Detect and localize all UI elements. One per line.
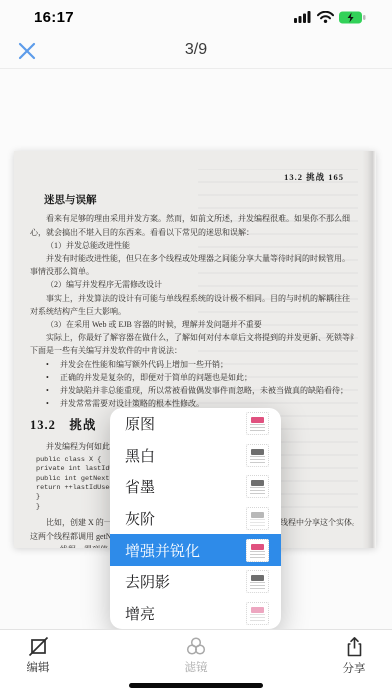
page-edge-shadow (362, 151, 376, 548)
filter-option-label: 原图 (125, 413, 155, 434)
header-bar: 3/9 (0, 32, 392, 69)
edit-label: 编辑 (27, 659, 50, 675)
home-indicator[interactable] (129, 683, 263, 688)
filter-option-black-white[interactable]: 黑白 (110, 440, 281, 472)
wifi-icon (317, 11, 334, 23)
filter-option-ink-saving[interactable]: 省墨 (110, 471, 281, 503)
edit-button[interactable]: 编辑 (10, 636, 66, 675)
doc-line: （1）并发总能改进性能 (30, 239, 354, 252)
filter-option-label: 增强并锐化 (125, 540, 200, 561)
filter-label: 滤镜 (185, 659, 208, 675)
doc-line: （3）在采用 Web 或 EJB 容器的时候，理解并发问题并不重要 (30, 318, 354, 331)
filter-menu: 原图 黑白 省墨 灰阶 增强并锐化 去阴影 增亮 (110, 408, 281, 629)
filter-option-label: 省墨 (125, 476, 155, 497)
doc-line: （2）编写并发程序无需修改设计 (30, 278, 354, 291)
doc-line: 实际上，你最好了解容器在做什么，了解如何对付本章后文将提到的并发更新、死锁等问题… (30, 331, 354, 344)
status-icons (294, 11, 366, 24)
filter-option-label: 增亮 (125, 603, 155, 624)
share-label: 分享 (343, 660, 366, 676)
doc-line: 并发有时能改进性能，但只在多个线程或处理器之间能分享大量等待时间的时候管用。 (30, 252, 354, 265)
close-button[interactable] (16, 40, 38, 62)
page-indicator: 3/9 (0, 41, 392, 59)
filter-option-remove-shadow[interactable]: 去阴影 (110, 566, 281, 598)
battery-charging-icon (339, 11, 366, 24)
doc-line: 事实上，并发算法的设计有可能与单线程系统的设计极不相同。目的与时机的解耦往往 (30, 292, 354, 305)
filter-thumbnail-icon (246, 475, 269, 498)
cellular-signal-icon (294, 11, 312, 23)
filter-option-original[interactable]: 原图 (110, 408, 281, 440)
share-button[interactable]: 分享 (326, 636, 382, 676)
filter-option-enhance-sharpen[interactable]: 增强并锐化 (110, 534, 281, 566)
app-screen: 16:17 (0, 0, 392, 696)
doc-bullet: 并发会在性能和编写额外代码上增加一些开销； (30, 358, 354, 371)
status-time: 16:17 (34, 9, 74, 26)
crop-edit-icon (28, 636, 49, 657)
filter-option-label: 灰阶 (125, 508, 155, 529)
doc-bullet: 并发缺陷并非总能重现，所以常被看做偶发事件而忽略，未被当做真的缺陷看待； (30, 384, 354, 397)
filter-thumbnail-icon (246, 507, 269, 530)
bottom-toolbar: 编辑 滤镜 分享 (0, 629, 392, 696)
filter-thumbnail-icon (246, 444, 269, 467)
doc-line: 事情没那么简单。 (30, 265, 354, 278)
status-bar: 16:17 (0, 0, 392, 32)
doc-bullet: 正确的并发是复杂的，即便对于简单的问题也是如此； (30, 371, 354, 384)
filter-option-label: 黑白 (125, 445, 155, 466)
filter-thumbnail-icon (246, 602, 269, 625)
filter-thumbnail-icon (246, 539, 269, 562)
filter-option-label: 去阴影 (125, 571, 170, 592)
filter-option-brighten[interactable]: 增亮 (110, 597, 281, 629)
doc-line: 对系统结构产生巨大影响。 (30, 305, 354, 318)
doc-line: 心，就会搞出不堪入目的东西来。看看以下常见的迷思和误解： (30, 226, 354, 239)
filter-circles-icon (185, 636, 207, 657)
filter-option-grayscale[interactable]: 灰阶 (110, 503, 281, 535)
doc-line: 下面是一些有关编写并发软件的中肯说法： (30, 344, 354, 357)
doc-line: 看来有足够的理由采用并发方案。然而，如前文所述，并发编程很难。如果你不那么细 (30, 212, 354, 225)
filter-thumbnail-icon (246, 412, 269, 435)
book-page-header: 13.2 挑战 165 (30, 171, 354, 184)
share-icon (344, 636, 365, 658)
filter-thumbnail-icon (246, 570, 269, 593)
close-icon (18, 42, 36, 60)
filter-button[interactable]: 滤镜 (168, 636, 224, 675)
myth-section-heading: 迷思与误解 (44, 194, 354, 207)
